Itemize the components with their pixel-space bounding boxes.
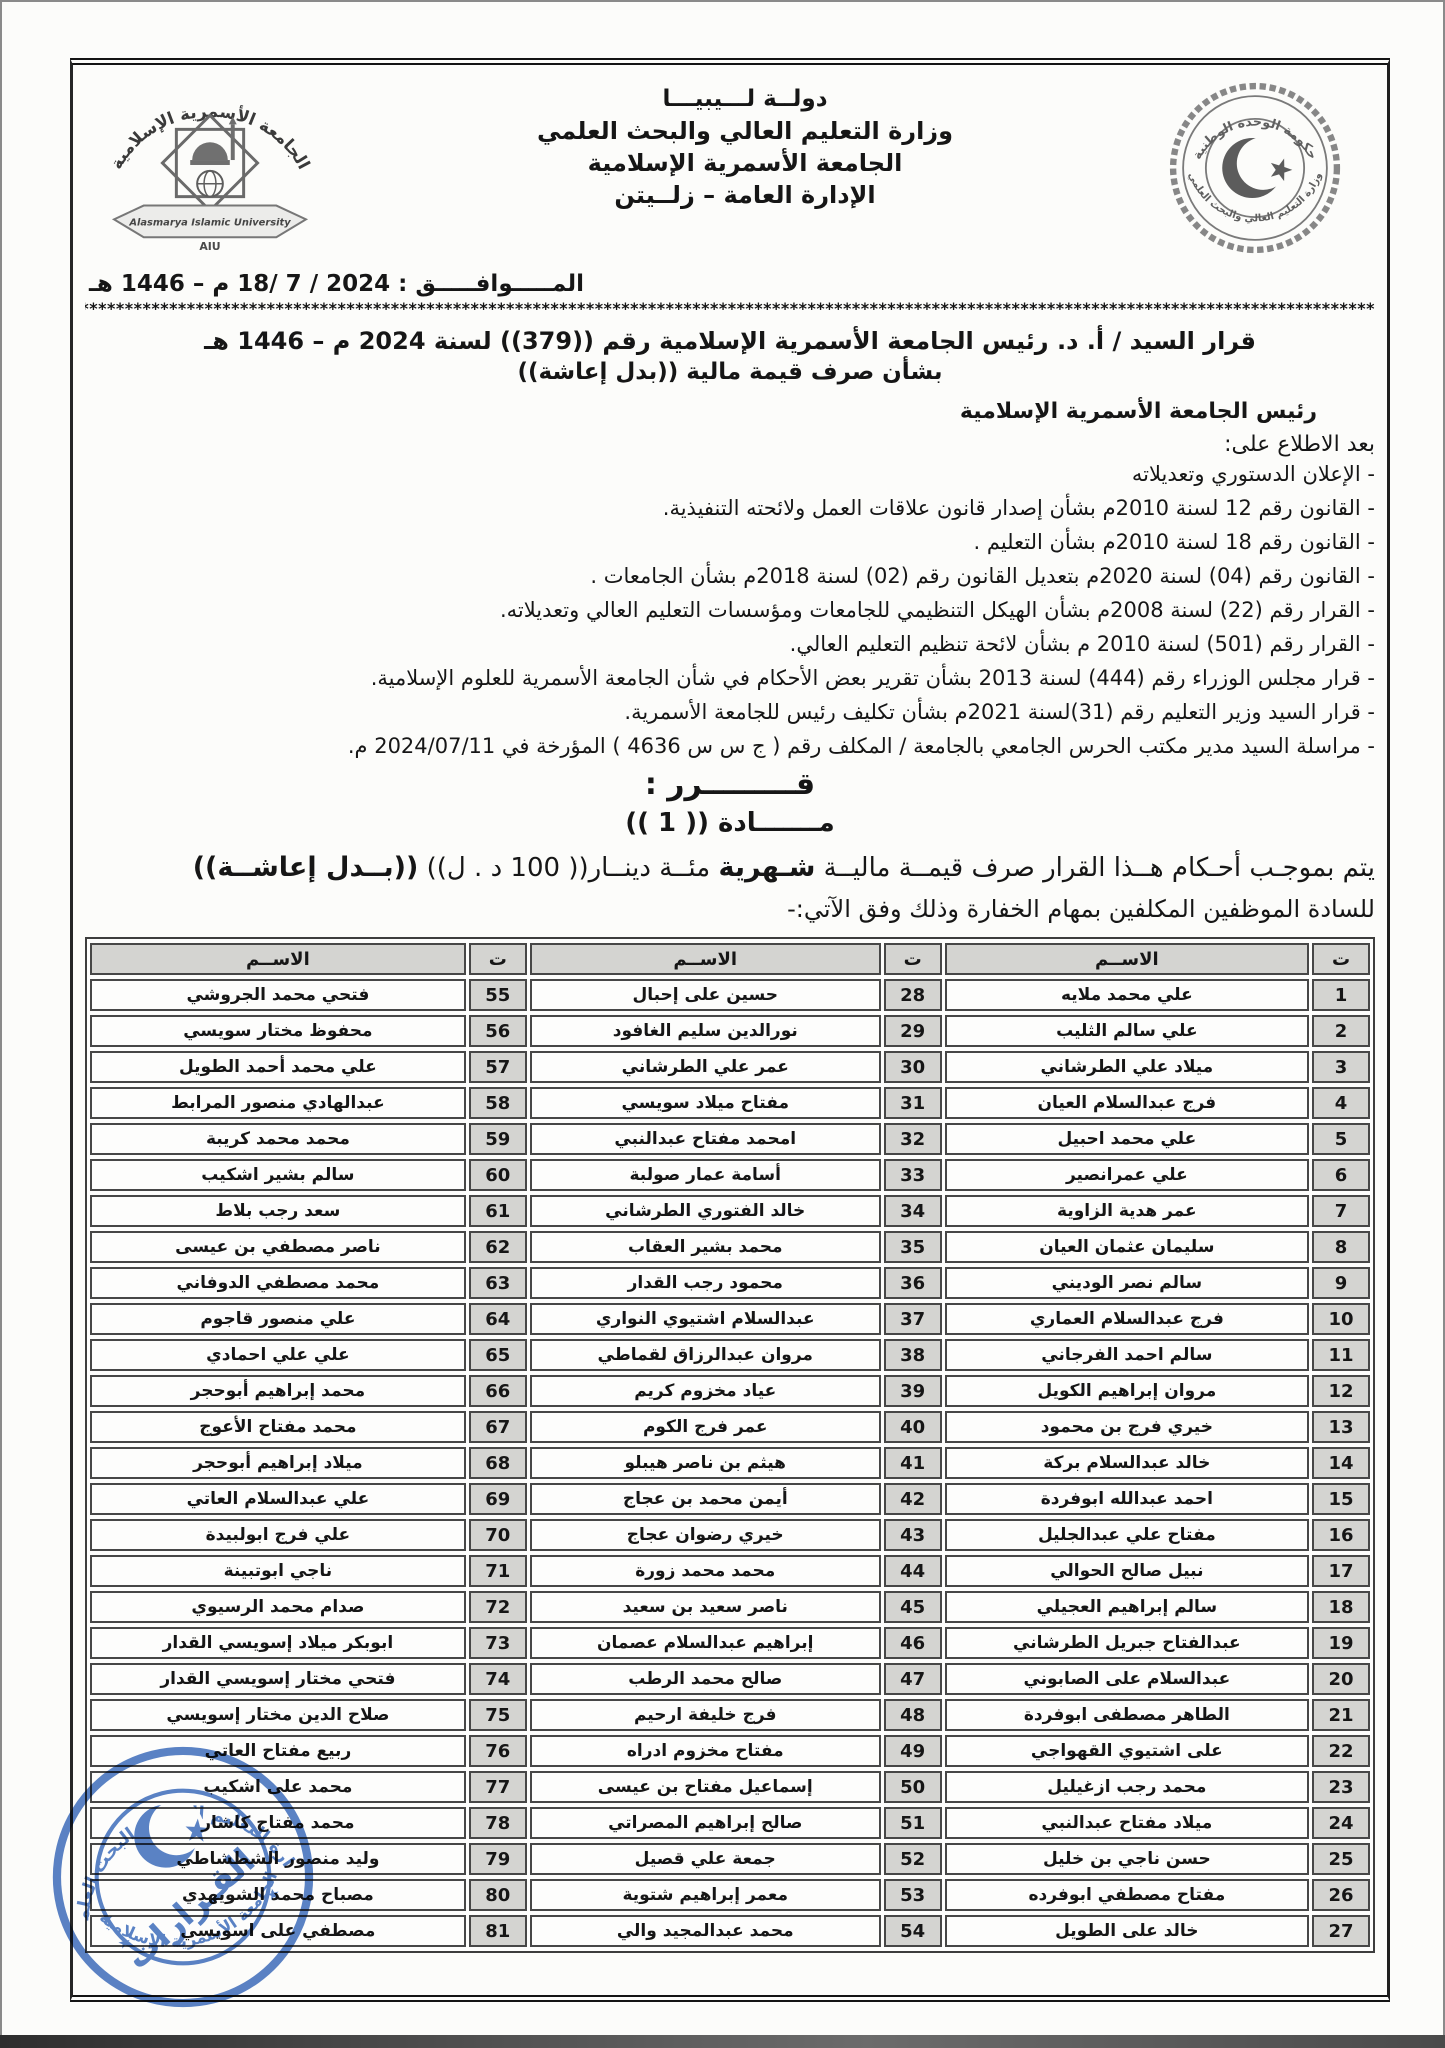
- decree-title-line2: بشأن صرف قيمة مالية ((بدل إعاشة)): [85, 359, 1375, 385]
- table-row: 15 احمد عبدالله ابوفردة 42 أيمن محمد بن …: [90, 1483, 1370, 1515]
- reference-item: - مراسلة السيد مدير مكتب الحرس الجامعي ب…: [85, 729, 1375, 763]
- row-number-cell: 27: [1312, 1915, 1370, 1947]
- reference-item: - القانون رقم 18 لسنة 2010م بشأن التعليم…: [85, 525, 1375, 559]
- globe-icon: [197, 171, 223, 197]
- row-number-cell: 53: [884, 1879, 942, 1911]
- row-name-cell: سالم نصر الوديني: [945, 1267, 1309, 1299]
- row-name-cell: ناجي ابوتبينة: [90, 1555, 466, 1587]
- row-name-cell: محمد محمد زورة: [530, 1555, 881, 1587]
- row-name-cell: عمر علي الطرشاني: [530, 1051, 881, 1083]
- row-name-cell: امحمد مفتاح عبدالنبي: [530, 1123, 881, 1155]
- row-name-cell: صالح إبراهيم المصراتي: [530, 1807, 881, 1839]
- crescent-star-icon: [1222, 137, 1292, 198]
- row-number-cell: 61: [469, 1195, 527, 1227]
- row-number-cell: 37: [884, 1303, 942, 1335]
- row-number-cell: 66: [469, 1375, 527, 1407]
- body-bold-monthly: شـهرية: [718, 852, 815, 883]
- row-number-cell: 62: [469, 1231, 527, 1263]
- row-number-cell: 78: [469, 1807, 527, 1839]
- table-row: 2 علي سالم الثليب 29 نورالدين سليم الغاف…: [90, 1015, 1370, 1047]
- row-number-cell: 28: [884, 979, 942, 1011]
- row-name-cell: مروان إبراهيم الكويل: [945, 1375, 1309, 1407]
- row-name-cell: علي سالم الثليب: [945, 1015, 1309, 1047]
- mosque-icon: [190, 116, 237, 164]
- table-row: 16 مفتاح علي عبدالجليل 43 خيري رضوان عجا…: [90, 1519, 1370, 1551]
- row-number-cell: 11: [1312, 1339, 1370, 1371]
- date-line: المـــــوافـــــق : 2024 / 7 /18 م – 144…: [85, 271, 1375, 297]
- row-name-cell: فتحي مختار إسويسي القدار: [90, 1663, 466, 1695]
- row-name-cell: احمد عبدالله ابوفردة: [945, 1483, 1309, 1515]
- row-name-cell: فرج عبدالسلام العيان: [945, 1087, 1309, 1119]
- reference-item: - قرار مجلس الوزراء رقم (444) لسنة 2013 …: [85, 661, 1375, 695]
- row-name-cell: سعد رجب بلاط: [90, 1195, 466, 1227]
- row-name-cell: محمد رجب ازغيليل: [945, 1771, 1309, 1803]
- row-name-cell: الطاهر مصطفى ابوفردة: [945, 1699, 1309, 1731]
- row-name-cell: إبراهيم عبدالسلام عصمان: [530, 1627, 881, 1659]
- row-name-cell: سالم احمد الفرجاني: [945, 1339, 1309, 1371]
- row-number-cell: 43: [884, 1519, 942, 1551]
- table-row: 17 نبيل صالح الحوالي 44 محمد محمد زورة 7…: [90, 1555, 1370, 1587]
- row-name-cell: ناصر مصطفي بن عيسى: [90, 1231, 466, 1263]
- row-number-cell: 72: [469, 1591, 527, 1623]
- row-number-cell: 74: [469, 1663, 527, 1695]
- row-name-cell: خالد الفتوري الطرشاني: [530, 1195, 881, 1227]
- col-header-name: الاســم: [530, 943, 881, 975]
- row-number-cell: 22: [1312, 1735, 1370, 1767]
- row-name-cell: سالم إبراهيم العجيلي: [945, 1591, 1309, 1623]
- row-number-cell: 65: [469, 1339, 527, 1371]
- asterisk-separator: ****************************************…: [85, 301, 1375, 317]
- row-number-cell: 49: [884, 1735, 942, 1767]
- row-name-cell: خالد عبدالسلام بركة: [945, 1447, 1309, 1479]
- row-name-cell: ابوبكر ميلاد إسويسي القدار: [90, 1627, 466, 1659]
- reference-item: - القرار رقم (501) لسنة 2010 م بشأن لائح…: [85, 627, 1375, 661]
- row-number-cell: 55: [469, 979, 527, 1011]
- col-header-num: ت: [884, 943, 942, 975]
- row-name-cell: علي منصور قاجوم: [90, 1303, 466, 1335]
- row-number-cell: 13: [1312, 1411, 1370, 1443]
- header-state: دولــة لـــيبيـــا: [340, 83, 1150, 115]
- body-text: مئــة دينــار(( 100 د . ل)): [418, 853, 718, 883]
- row-number-cell: 23: [1312, 1771, 1370, 1803]
- decided-heading: قـــــــــرر :: [85, 767, 1375, 802]
- row-name-cell: علي عبدالسلام العاتي: [90, 1483, 466, 1515]
- row-number-cell: 19: [1312, 1627, 1370, 1659]
- row-number-cell: 5: [1312, 1123, 1370, 1155]
- row-number-cell: 44: [884, 1555, 942, 1587]
- scanned-decree-page: { "header": { "state": "دولــة لـــيبيــ…: [0, 0, 1445, 2048]
- row-number-cell: 32: [884, 1123, 942, 1155]
- row-name-cell: علي محمد احبيل: [945, 1123, 1309, 1155]
- scan-edge-artifact: [0, 2035, 1445, 2048]
- row-number-cell: 60: [469, 1159, 527, 1191]
- row-number-cell: 2: [1312, 1015, 1370, 1047]
- row-number-cell: 39: [884, 1375, 942, 1407]
- row-number-cell: 7: [1312, 1195, 1370, 1227]
- row-name-cell: فرج عبدالسلام العماري: [945, 1303, 1309, 1335]
- row-name-cell: ناصر سعيد بن سعيد: [530, 1591, 881, 1623]
- row-name-cell: معمر إبراهيم شتوية: [530, 1879, 881, 1911]
- row-name-cell: على اشتيوي القهواجي: [945, 1735, 1309, 1767]
- row-number-cell: 12: [1312, 1375, 1370, 1407]
- row-number-cell: 59: [469, 1123, 527, 1155]
- row-name-cell: ميلاد علي الطرشاني: [945, 1051, 1309, 1083]
- row-number-cell: 64: [469, 1303, 527, 1335]
- row-name-cell: فرج خليفة ارحيم: [530, 1699, 881, 1731]
- row-number-cell: 31: [884, 1087, 942, 1119]
- row-number-cell: 29: [884, 1015, 942, 1047]
- row-number-cell: 21: [1312, 1699, 1370, 1731]
- row-name-cell: نورالدين سليم الغافود: [530, 1015, 881, 1047]
- row-name-cell: مروان عبدالرزاق لقماطي: [530, 1339, 881, 1371]
- row-name-cell: محمد مصطفي الدوفاني: [90, 1267, 466, 1299]
- row-number-cell: 38: [884, 1339, 942, 1371]
- row-name-cell: محمد محمد كريبة: [90, 1123, 466, 1155]
- col-header-num: ت: [469, 943, 527, 975]
- row-number-cell: 75: [469, 1699, 527, 1731]
- row-number-cell: 16: [1312, 1519, 1370, 1551]
- row-number-cell: 76: [469, 1735, 527, 1767]
- stamp-star-decoration: ★: [99, 1909, 116, 1930]
- row-name-cell: ميلاد مفتاح عبدالنبي: [945, 1807, 1309, 1839]
- roster-header-row: ت الاســم ت الاســم ت الاســم: [90, 943, 1370, 975]
- row-number-cell: 58: [469, 1087, 527, 1119]
- row-name-cell: محمد بشير العقاب: [530, 1231, 881, 1263]
- row-number-cell: 68: [469, 1447, 527, 1479]
- row-name-cell: مفتاح مخزوم ادراه: [530, 1735, 881, 1767]
- row-number-cell: 6: [1312, 1159, 1370, 1191]
- row-number-cell: 80: [469, 1879, 527, 1911]
- row-name-cell: محفوظ مختار سويسي: [90, 1015, 466, 1047]
- reference-item: - قرار السيد وزير التعليم رقم (31)لسنة 2…: [85, 695, 1375, 729]
- row-number-cell: 10: [1312, 1303, 1370, 1335]
- row-name-cell: خيري فرج بن محمود: [945, 1411, 1309, 1443]
- row-number-cell: 26: [1312, 1879, 1370, 1911]
- document-header: الجامعة الأسمرية الإسلامية: [85, 69, 1375, 261]
- table-row: 10 فرج عبدالسلام العماري 37 عبدالسلام اش…: [90, 1303, 1370, 1335]
- table-row: 11 سالم احمد الفرجاني 38 مروان عبدالرزاق…: [90, 1339, 1370, 1371]
- col-header-num: ت: [1312, 943, 1370, 975]
- row-name-cell: إسماعيل مفتاح بن عيسى: [530, 1771, 881, 1803]
- row-number-cell: 41: [884, 1447, 942, 1479]
- row-name-cell: سليمان عثمان العيان: [945, 1231, 1309, 1263]
- row-name-cell: ميلاد إبراهيم أبوحجر: [90, 1447, 466, 1479]
- row-name-cell: خيري رضوان عجاج: [530, 1519, 881, 1551]
- row-name-cell: علي فرج ابولبيدة: [90, 1519, 466, 1551]
- row-name-cell: أسامة عمار صولبة: [530, 1159, 881, 1191]
- reference-item: - القانون رقم (04) لسنة 2020م بتعديل الق…: [85, 559, 1375, 593]
- body-bold-allowance: ((بــدل إعاشــة)): [193, 852, 419, 883]
- header-university: الجامعة الأسمرية الإسلامية: [340, 147, 1150, 179]
- table-row: 3 ميلاد علي الطرشاني 30 عمر علي الطرشاني…: [90, 1051, 1370, 1083]
- row-number-cell: 77: [469, 1771, 527, 1803]
- row-number-cell: 46: [884, 1627, 942, 1659]
- review-intro: بعد الاطلاع على:: [85, 432, 1375, 457]
- row-number-cell: 70: [469, 1519, 527, 1551]
- row-number-cell: 30: [884, 1051, 942, 1083]
- reference-item: - القرار رقم (22) لسنة 2008م بشأن الهيكل…: [85, 593, 1375, 627]
- row-name-cell: محمود رجب القدار: [530, 1267, 881, 1299]
- row-number-cell: 20: [1312, 1663, 1370, 1695]
- table-row: 19 عبدالفتاح جبريل الطرشاني 46 إبراهيم ع…: [90, 1627, 1370, 1659]
- row-name-cell: علي محمد ملايه: [945, 979, 1309, 1011]
- row-number-cell: 24: [1312, 1807, 1370, 1839]
- table-row: 7 عمر هدية الزاوية 34 خالد الفتوري الطرش…: [90, 1195, 1370, 1227]
- row-number-cell: 8: [1312, 1231, 1370, 1263]
- row-number-cell: 57: [469, 1051, 527, 1083]
- row-number-cell: 35: [884, 1231, 942, 1263]
- row-name-cell: سالم بشير اشكيب: [90, 1159, 466, 1191]
- row-number-cell: 69: [469, 1483, 527, 1515]
- row-name-cell: هيثم بن ناصر هيبلو: [530, 1447, 881, 1479]
- row-number-cell: 52: [884, 1843, 942, 1875]
- row-number-cell: 17: [1312, 1555, 1370, 1587]
- university-ribbon-text: Alasmarya Islamic University: [128, 217, 291, 228]
- row-number-cell: 15: [1312, 1483, 1370, 1515]
- row-name-cell: مفتاح علي عبدالجليل: [945, 1519, 1309, 1551]
- header-ministry: وزارة التعليم العالي والبحث العلمي: [340, 115, 1150, 147]
- article-body-line2: للسادة الموظفين المكلفين بمهام الخفارة و…: [85, 895, 1375, 923]
- row-name-cell: خالد على الطويل: [945, 1915, 1309, 1947]
- row-number-cell: 81: [469, 1915, 527, 1947]
- row-number-cell: 54: [884, 1915, 942, 1947]
- row-number-cell: 33: [884, 1159, 942, 1191]
- row-name-cell: عبدالهادي منصور المرابط: [90, 1087, 466, 1119]
- row-name-cell: علي محمد أحمد الطويل: [90, 1051, 466, 1083]
- table-row: 5 علي محمد احبيل 32 امحمد مفتاح عبدالنبي…: [90, 1123, 1370, 1155]
- row-name-cell: عمر هدية الزاوية: [945, 1195, 1309, 1227]
- table-row: 12 مروان إبراهيم الكويل 39 عياد مخزوم كر…: [90, 1375, 1370, 1407]
- table-row: 6 علي عمرانصير 33 أسامة عمار صولبة 60 سا…: [90, 1159, 1370, 1191]
- references-list: - الإعلان الدستوري وتعديلاته- القانون رق…: [85, 457, 1375, 763]
- row-number-cell: 40: [884, 1411, 942, 1443]
- row-name-cell: فتحي محمد الجروشي: [90, 979, 466, 1011]
- reference-item: - القانون رقم 12 لسنة 2010م بشأن إصدار ق…: [85, 491, 1375, 525]
- row-name-cell: محمد مفتاح الأعوج: [90, 1411, 466, 1443]
- row-name-cell: عمر فرج الكوم: [530, 1411, 881, 1443]
- header-administration: الإدارة العامة – زلــيتن: [340, 179, 1150, 211]
- row-name-cell: جمعة علي قصيل: [530, 1843, 881, 1875]
- header-titles: دولــة لـــيبيـــا وزارة التعليم العالي …: [340, 69, 1150, 211]
- document-frame: الجامعة الأسمرية الإسلامية: [70, 58, 1390, 2002]
- row-number-cell: 47: [884, 1663, 942, 1695]
- row-number-cell: 56: [469, 1015, 527, 1047]
- row-name-cell: علي علي احمادي: [90, 1339, 466, 1371]
- row-number-cell: 51: [884, 1807, 942, 1839]
- row-name-cell: عبدالسلام على الصابوني: [945, 1663, 1309, 1695]
- row-name-cell: عبدالسلام اشتيوي النواري: [530, 1303, 881, 1335]
- row-number-cell: 42: [884, 1483, 942, 1515]
- row-name-cell: أيمن محمد بن عجاج: [530, 1483, 881, 1515]
- row-number-cell: 1: [1312, 979, 1370, 1011]
- table-row: 13 خيري فرج بن محمود 40 عمر فرج الكوم 67…: [90, 1411, 1370, 1443]
- university-logo: الجامعة الأسمرية الإسلامية: [85, 69, 340, 261]
- row-number-cell: 50: [884, 1771, 942, 1803]
- row-number-cell: 18: [1312, 1591, 1370, 1623]
- university-emblem-icon: الجامعة الأسمرية الإسلامية: [85, 242, 335, 261]
- row-number-cell: 67: [469, 1411, 527, 1443]
- stamp-star-decoration: ★: [265, 1884, 282, 1905]
- row-name-cell: صالح محمد الرطب: [530, 1663, 881, 1695]
- row-number-cell: 73: [469, 1627, 527, 1659]
- decree-issuer: رئيس الجامعة الأسمرية الإسلامية: [85, 399, 1375, 424]
- row-name-cell: مفتاح مصطفي ابوفرده: [945, 1879, 1309, 1911]
- row-name-cell: نبيل صالح الحوالي: [945, 1555, 1309, 1587]
- row-name-cell: حسن ناجي بن خليل: [945, 1843, 1309, 1875]
- body-text: يتم بموجـب أحـكام هــذا القرار صرف قيمــ…: [815, 853, 1375, 883]
- row-name-cell: صدام محمد الرسيوي: [90, 1591, 466, 1623]
- table-row: 8 سليمان عثمان العيان 35 محمد بشير العقا…: [90, 1231, 1370, 1263]
- row-number-cell: 63: [469, 1267, 527, 1299]
- row-number-cell: 71: [469, 1555, 527, 1587]
- row-number-cell: 36: [884, 1267, 942, 1299]
- university-abbr: AIU: [199, 240, 220, 253]
- government-seal: حكومة الوحدة الوطنية وزارة التعليم العال…: [1150, 69, 1375, 263]
- table-row: 18 سالم إبراهيم العجيلي 45 ناصر سعيد بن …: [90, 1591, 1370, 1623]
- row-number-cell: 34: [884, 1195, 942, 1227]
- col-header-name: الاســم: [945, 943, 1309, 975]
- row-name-cell: حسين على إحبال: [530, 979, 881, 1011]
- decree-title-line1: قرار السيد / أ. د. رئيس الجامعة الأسمرية…: [85, 327, 1375, 355]
- article-1-heading: مـــــــادة (( 1 )): [85, 808, 1375, 838]
- table-row: 4 فرج عبدالسلام العيان 31 مفتاح ميلاد سو…: [90, 1087, 1370, 1119]
- row-number-cell: 25: [1312, 1843, 1370, 1875]
- row-number-cell: 4: [1312, 1087, 1370, 1119]
- row-number-cell: 14: [1312, 1447, 1370, 1479]
- article-body-line1: يتم بموجـب أحـكام هــذا القرار صرف قيمــ…: [85, 852, 1375, 883]
- table-row: 1 علي محمد ملايه 28 حسين على إحبال 55 فت…: [90, 979, 1370, 1011]
- row-number-cell: 9: [1312, 1267, 1370, 1299]
- row-number-cell: 3: [1312, 1051, 1370, 1083]
- reference-item: - الإعلان الدستوري وتعديلاته: [85, 457, 1375, 491]
- table-row: 9 سالم نصر الوديني 36 محمود رجب القدار 6…: [90, 1267, 1370, 1299]
- table-row: 20 عبدالسلام على الصابوني 47 صالح محمد ا…: [90, 1663, 1370, 1695]
- row-name-cell: محمد عبدالمجيد والي: [530, 1915, 881, 1947]
- table-row: 14 خالد عبدالسلام بركة 41 هيثم بن ناصر ه…: [90, 1447, 1370, 1479]
- col-header-name: الاســم: [90, 943, 466, 975]
- row-name-cell: عياد مخزوم كريم: [530, 1375, 881, 1407]
- row-number-cell: 48: [884, 1699, 942, 1731]
- row-number-cell: 45: [884, 1591, 942, 1623]
- row-name-cell: محمد إبراهيم أبوحجر: [90, 1375, 466, 1407]
- row-name-cell: عبدالفتاح جبريل الطرشاني: [945, 1627, 1309, 1659]
- row-name-cell: مفتاح ميلاد سويسي: [530, 1087, 881, 1119]
- row-name-cell: علي عمرانصير: [945, 1159, 1309, 1191]
- government-seal-icon: حكومة الوحدة الوطنية وزارة التعليم العال…: [1150, 244, 1360, 263]
- row-number-cell: 79: [469, 1843, 527, 1875]
